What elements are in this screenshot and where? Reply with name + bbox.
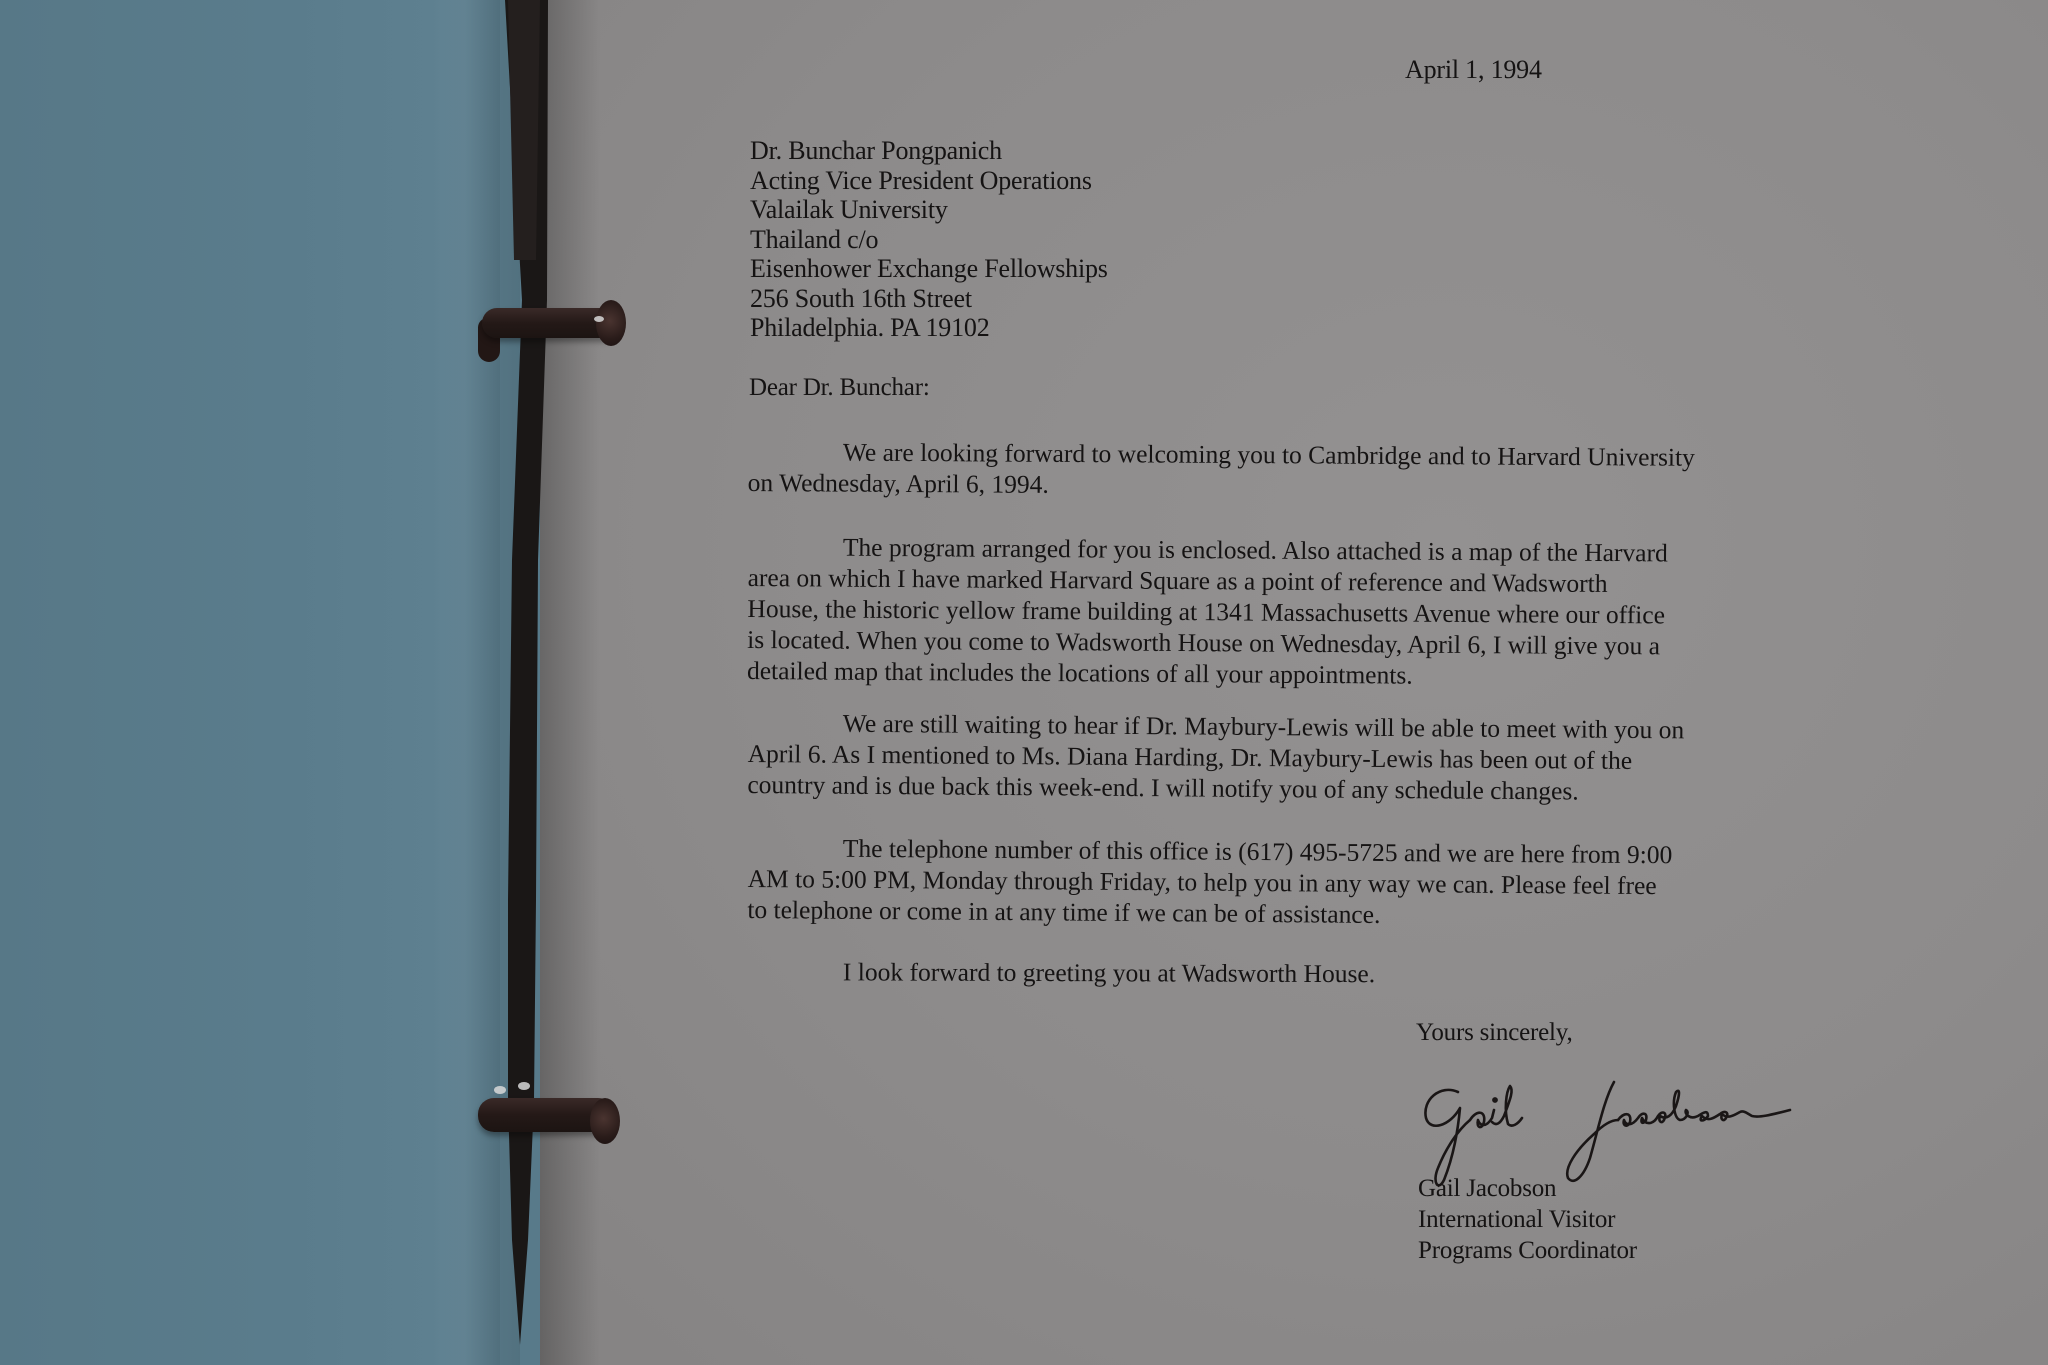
letter-content: April 1, 1994 Dr. Bunchar Pongpanich Act… [0,0,2048,1365]
paragraph-welcome: We are looking forward to welcoming you … [748,436,1868,505]
paragraph-line: detailed map that includes the locations… [747,655,1867,694]
paragraph-line: on Wednesday, April 6, 1994. [748,467,1868,505]
signer-title-line: Programs Coordinator [1418,1235,1637,1266]
recipient-address: Dr. Bunchar Pongpanich Acting Vice Presi… [750,136,1108,343]
salutation: Dear Dr. Bunchar: [749,373,930,402]
paragraph-program: The program arranged for you is enclosed… [747,531,1868,694]
recipient-line: Acting Vice President Operations [750,166,1108,196]
recipient-line: Philadelphia. PA 19102 [750,313,1108,343]
signer-title-line: International Visitor [1418,1204,1637,1235]
signer-block: Gail Jacobson International Visitor Prog… [1418,1173,1637,1266]
recipient-line: Valailak University [750,195,1108,225]
paragraph-meeting: We are still waiting to hear if Dr. Mayb… [747,707,1868,809]
paragraph-line: I look forward to greeting you at Wadswo… [748,956,1868,991]
signer-name: Gail Jacobson [1418,1173,1637,1204]
recipient-line: Eisenhower Exchange Fellowships [750,254,1108,284]
recipient-line: 256 South 16th Street [750,284,1108,314]
paragraph-closing-remark: I look forward to greeting you at Wadswo… [748,956,1868,991]
paragraph-contact: The telephone number of this office is (… [747,832,1868,934]
letter-date: April 1, 1994 [1405,55,1542,84]
recipient-line: Thailand c/o [750,225,1108,255]
recipient-line: Dr. Bunchar Pongpanich [750,136,1108,166]
handwritten-signature [1418,1070,1798,1190]
closing: Yours sincerely, [1416,1018,1573,1047]
